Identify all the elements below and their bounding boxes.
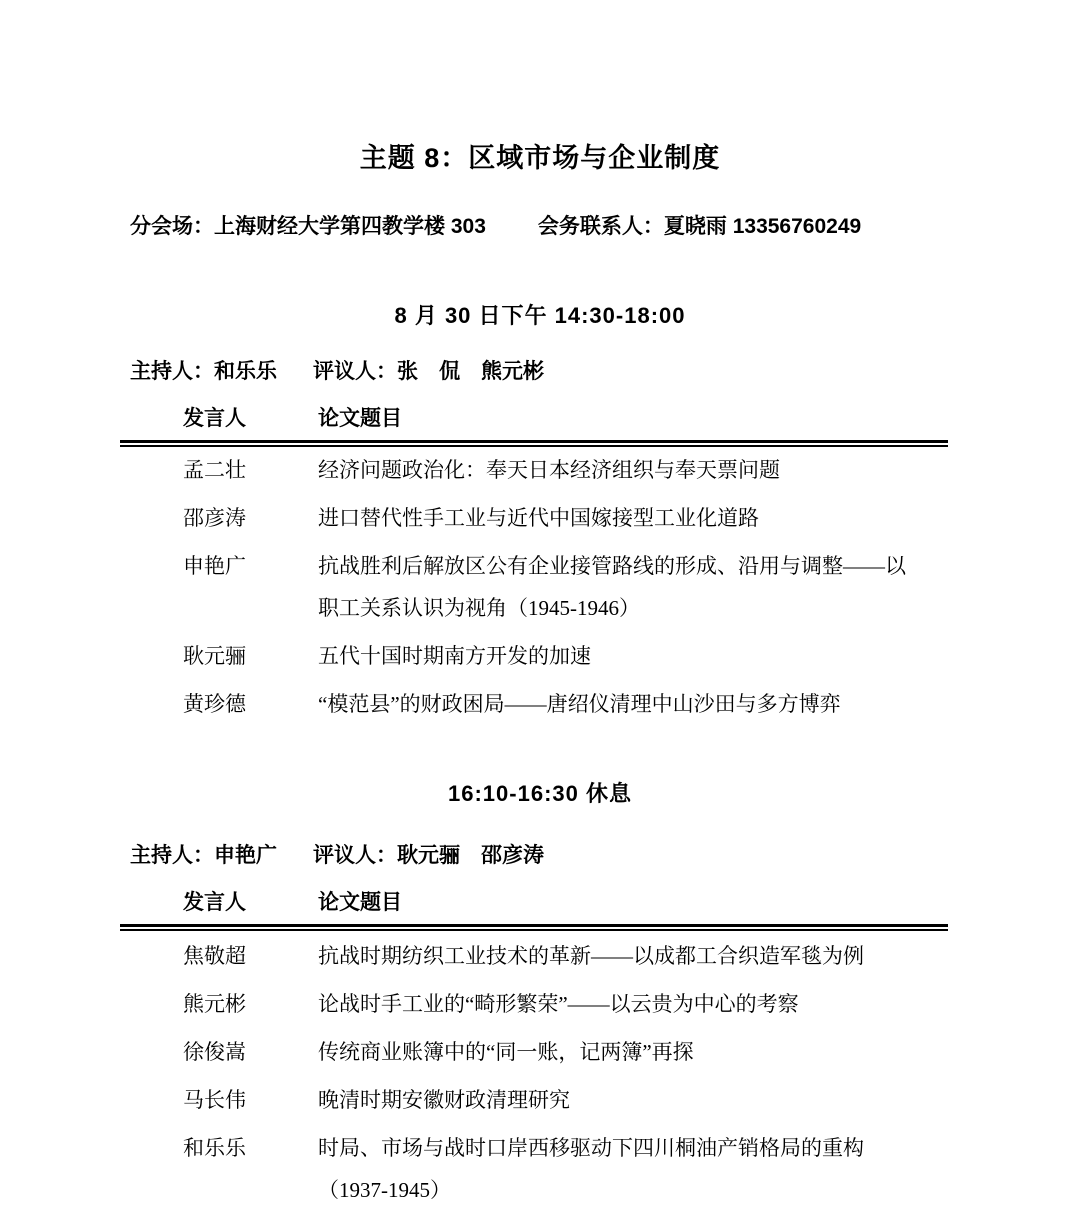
paper-title: 进口替代性手工业与近代中国嫁接型工业化道路 — [318, 507, 948, 529]
speaker-name: 熊元彬 — [120, 993, 318, 1015]
table-row: 焦敬超 抗战时期纺织工业技术的革新——以成都工合织造军毯为例 — [120, 945, 948, 967]
paper-title: 抗战胜利后解放区公有企业接管路线的形成、沿用与调整——以 职工关系认识为视角（1… — [318, 555, 948, 619]
column-header-title: 论文题目 — [318, 408, 948, 430]
speaker-name: 黄珍德 — [120, 693, 318, 715]
speaker-name: 邵彦涛 — [120, 507, 318, 529]
paper-title: 时局、市场与战时口岸西移驱动下四川桐油产销格局的重构 （1937-1945） — [318, 1137, 948, 1201]
table-row: 邵彦涛 进口替代性手工业与近代中国嫁接型工业化道路 — [120, 507, 948, 529]
paper-title-line: 晚清时期安徽财政清理研究 — [318, 1089, 948, 1111]
session-1-rows: 孟二壮 经济问题政治化：奉天日本经济组织与奉天票问题 邵彦涛 进口替代性手工业与… — [120, 459, 948, 715]
speaker-name: 焦敬超 — [120, 945, 318, 967]
paper-title-line: 经济问题政治化：奉天日本经济组织与奉天票问题 — [318, 459, 948, 481]
table-row: 徐俊嵩 传统商业账簿中的“同一账，记两簿”再探 — [120, 1041, 948, 1063]
session-2-chair-text: 主持人：申艳广 — [130, 845, 277, 867]
session-1-time-heading: 8 月 30 日下午 14:30-18:00 — [0, 304, 1080, 327]
conference-program-page: 主题 8：区域市场与企业制度 分会场：上海财经大学第四教学楼 303 会务联系人… — [0, 0, 1080, 1207]
venue-text: 分会场：上海财经大学第四教学楼 303 — [130, 216, 486, 238]
column-header-speaker: 发言人 — [120, 408, 318, 430]
paper-title-line: “模范县”的财政困局——唐绍仪清理中山沙田与多方博弈 — [318, 693, 948, 715]
table-row: 申艳广 抗战胜利后解放区公有企业接管路线的形成、沿用与调整——以 职工关系认识为… — [120, 555, 948, 619]
speaker-name: 申艳广 — [120, 555, 318, 619]
session-1-table: 发言人 论文题目 孟二壮 经济问题政治化：奉天日本经济组织与奉天票问题 邵彦涛 … — [120, 408, 948, 715]
paper-title: 五代十国时期南方开发的加速 — [318, 645, 948, 667]
paper-title: 经济问题政治化：奉天日本经济组织与奉天票问题 — [318, 459, 948, 481]
session-1-chair-line: 主持人：和乐乐 评议人：张 侃 熊元彬 — [130, 361, 1080, 383]
paper-title: 晚清时期安徽财政清理研究 — [318, 1089, 948, 1111]
paper-title: 抗战时期纺织工业技术的革新——以成都工合织造军毯为例 — [318, 945, 948, 967]
paper-title-line: 论战时手工业的“畸形繁荣”——以云贵为中心的考察 — [318, 993, 948, 1015]
paper-title-line: 进口替代性手工业与近代中国嫁接型工业化道路 — [318, 507, 948, 529]
table-row: 孟二壮 经济问题政治化：奉天日本经济组织与奉天票问题 — [120, 459, 948, 481]
paper-title-line: （1937-1945） — [318, 1179, 948, 1201]
table-row: 马长伟 晚清时期安徽财政清理研究 — [120, 1089, 948, 1111]
paper-title: “模范县”的财政困局——唐绍仪清理中山沙田与多方博弈 — [318, 693, 948, 715]
column-header-title: 论文题目 — [318, 892, 948, 914]
paper-title-line: 时局、市场与战时口岸西移驱动下四川桐油产销格局的重构 — [318, 1137, 948, 1159]
table-row: 和乐乐 时局、市场与战时口岸西移驱动下四川桐油产销格局的重构 （1937-194… — [120, 1137, 948, 1201]
table-header-double-rule — [120, 440, 948, 447]
session-1-chair-text: 主持人：和乐乐 — [130, 361, 277, 383]
break-time-heading: 16:10-16:30 休息 — [0, 782, 1080, 805]
contact-text: 会务联系人：夏晓雨 13356760249 — [538, 216, 861, 238]
paper-title: 传统商业账簿中的“同一账，记两簿”再探 — [318, 1041, 948, 1063]
paper-title: 论战时手工业的“畸形繁荣”——以云贵为中心的考察 — [318, 993, 948, 1015]
speaker-name: 孟二壮 — [120, 459, 318, 481]
paper-title-line: 五代十国时期南方开发的加速 — [318, 645, 948, 667]
column-header-speaker: 发言人 — [120, 892, 318, 914]
table-row: 熊元彬 论战时手工业的“畸形繁荣”——以云贵为中心的考察 — [120, 993, 948, 1015]
page-title: 主题 8：区域市场与企业制度 — [0, 142, 1080, 174]
session-2-rows: 焦敬超 抗战时期纺织工业技术的革新——以成都工合织造军毯为例 熊元彬 论战时手工… — [120, 945, 948, 1201]
session-1-reviewers-text: 评议人：张 侃 熊元彬 — [313, 361, 544, 383]
table-row: 耿元骊 五代十国时期南方开发的加速 — [120, 645, 948, 667]
speaker-name: 徐俊嵩 — [120, 1041, 318, 1063]
meta-line: 分会场：上海财经大学第四教学楼 303 会务联系人：夏晓雨 1335676024… — [130, 216, 1080, 238]
session-2-chair-line: 主持人：申艳广 评议人：耿元骊 邵彦涛 — [130, 845, 1080, 867]
table-row: 黄珍德 “模范县”的财政困局——唐绍仪清理中山沙田与多方博弈 — [120, 693, 948, 715]
session-1-table-header: 发言人 论文题目 — [120, 408, 948, 430]
paper-title-line: 抗战胜利后解放区公有企业接管路线的形成、沿用与调整——以 — [318, 555, 948, 577]
paper-title-line: 抗战时期纺织工业技术的革新——以成都工合织造军毯为例 — [318, 945, 948, 967]
speaker-name: 和乐乐 — [120, 1137, 318, 1201]
session-2-table: 发言人 论文题目 焦敬超 抗战时期纺织工业技术的革新——以成都工合织造军毯为例 … — [120, 892, 948, 1201]
speaker-name: 马长伟 — [120, 1089, 318, 1111]
paper-title-line: 职工关系认识为视角（1945-1946） — [318, 597, 948, 619]
session-2-table-header: 发言人 论文题目 — [120, 892, 948, 914]
speaker-name: 耿元骊 — [120, 645, 318, 667]
table-header-double-rule — [120, 924, 948, 931]
paper-title-line: 传统商业账簿中的“同一账，记两簿”再探 — [318, 1041, 948, 1063]
session-2-reviewers-text: 评议人：耿元骊 邵彦涛 — [313, 845, 544, 867]
